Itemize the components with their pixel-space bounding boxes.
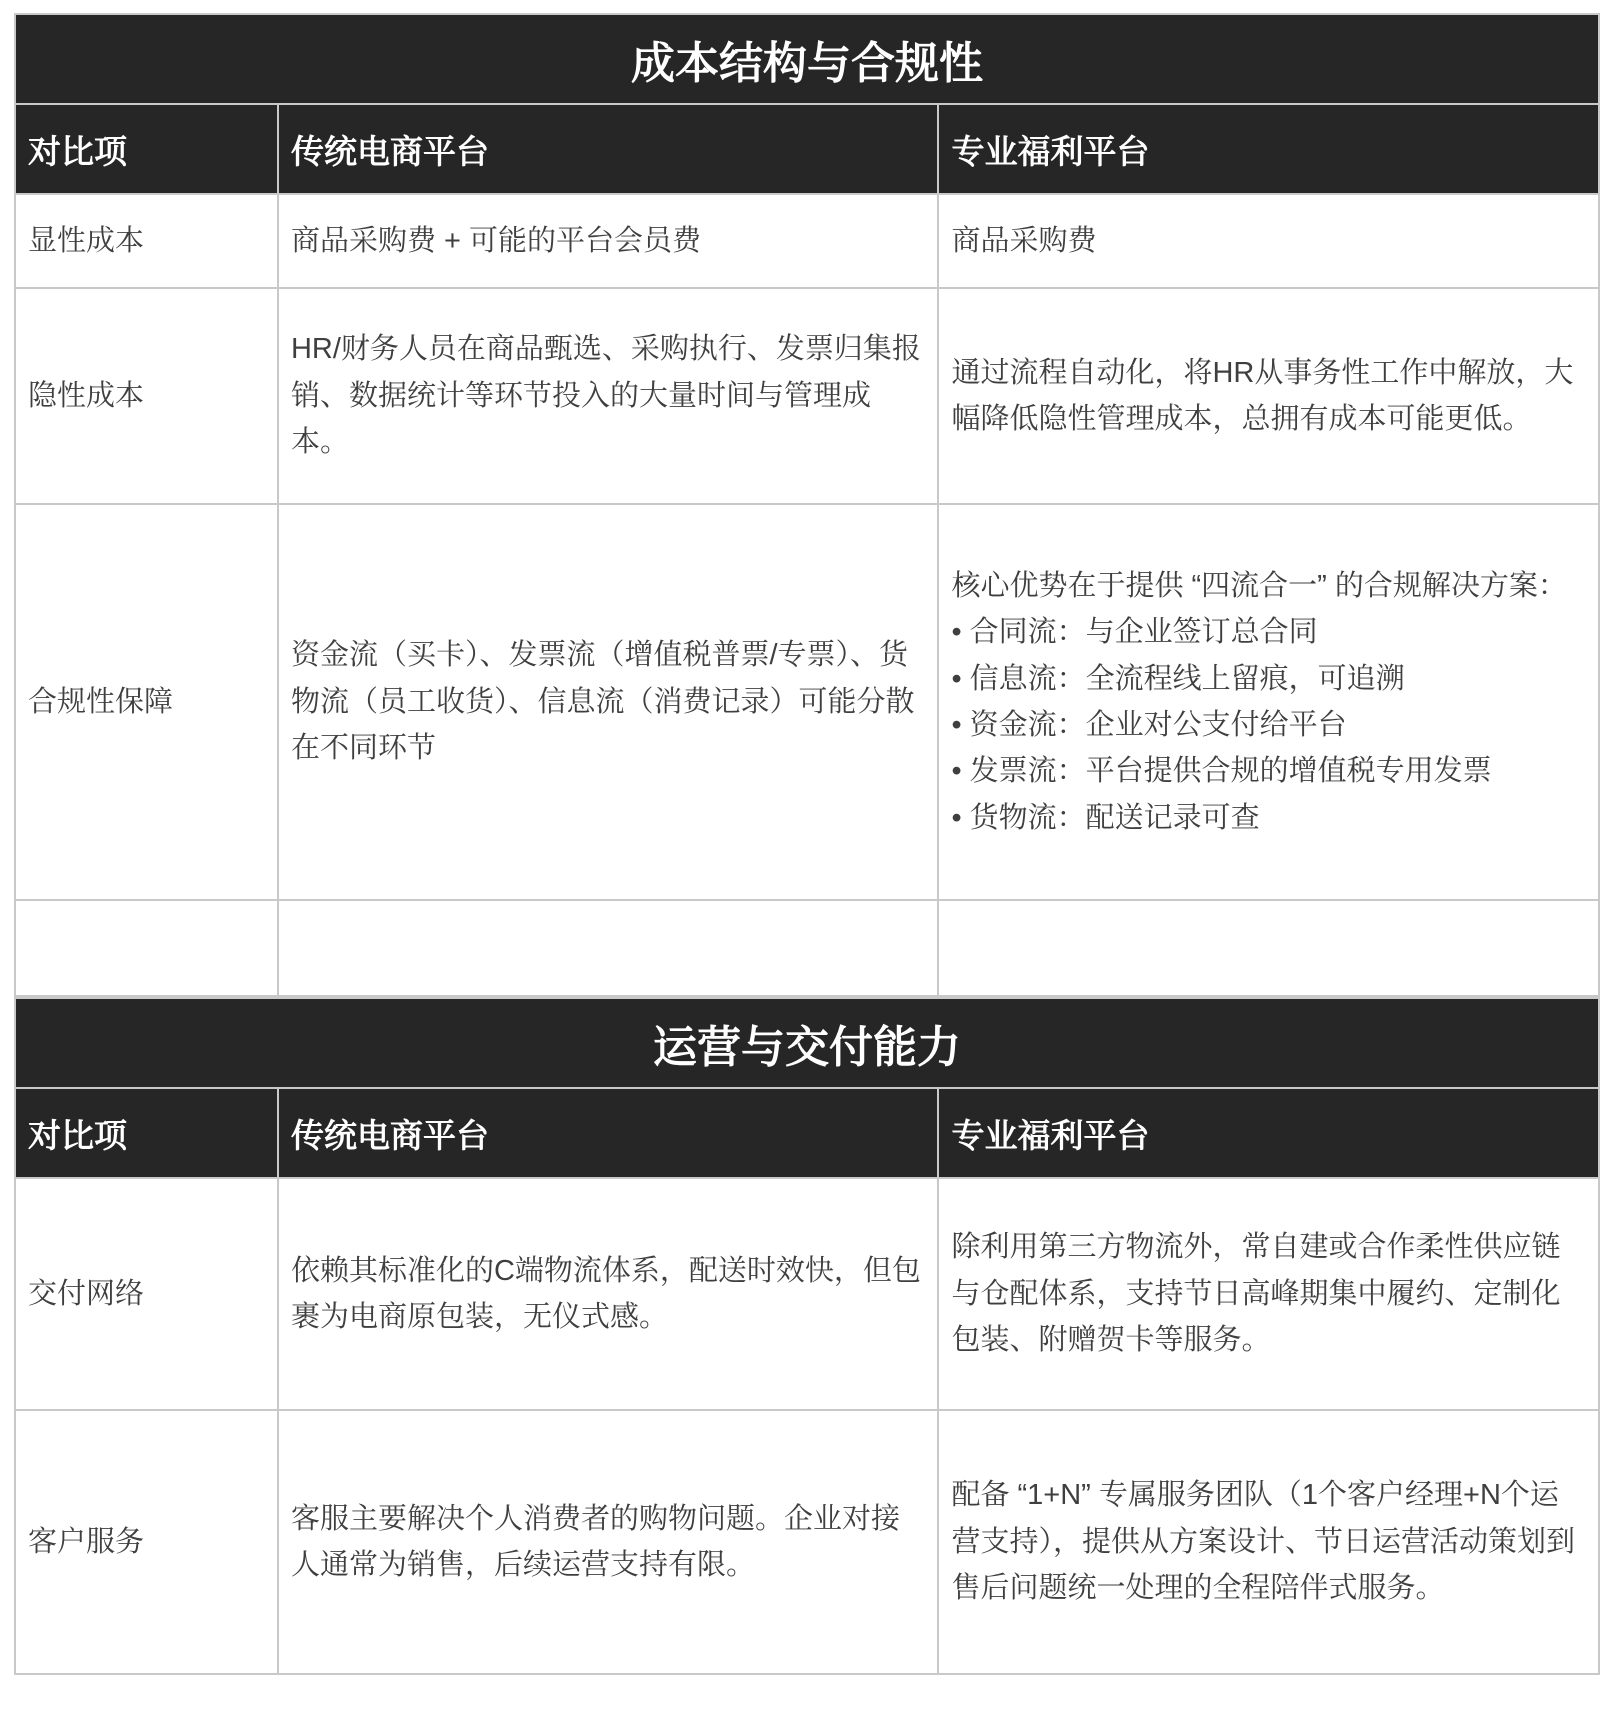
table-operations-delivery: 运营与交付能力 对比项 传统电商平台 专业福利平台 交付网络 依赖其标准化的C端… xyxy=(14,997,1600,1675)
traditional-cell xyxy=(278,900,939,996)
row-label: 隐性成本 xyxy=(15,288,278,504)
column-header-compare-item: 对比项 xyxy=(15,104,278,194)
professional-cell: 核心优势在于提供 “四流合一” 的合规解决方案： • 合同流：与企业签订总合同 … xyxy=(938,504,1599,900)
column-header-row: 对比项 传统电商平台 专业福利平台 xyxy=(15,104,1599,194)
column-header-welfare-platform: 专业福利平台 xyxy=(938,1088,1599,1178)
professional-cell: 配备 “1+N” 专属服务团队（1个客户经理+N个运营支持），提供从方案设计、节… xyxy=(938,1410,1599,1674)
table-title-row: 成本结构与合规性 xyxy=(15,14,1599,104)
traditional-cell: 商品采购费 + 可能的平台会员费 xyxy=(278,194,939,288)
table-row-compliance-guarantee: 合规性保障 资金流（买卡）、发票流（增值税普票/专票）、货物流（员工收货）、信息… xyxy=(15,504,1599,900)
row-label: 客户服务 xyxy=(15,1410,278,1674)
traditional-cell: 资金流（买卡）、发票流（增值税普票/专票）、货物流（员工收货）、信息流（消费记录… xyxy=(278,504,939,900)
bullet-capital-flow: • 资金流：企业对公支付给平台 xyxy=(951,702,1586,748)
table-row-explicit-cost: 显性成本 商品采购费 + 可能的平台会员费 商品采购费 xyxy=(15,194,1599,288)
traditional-cell: HR/财务人员在商品甄选、采购执行、发票归集报销、数据统计等环节投入的大量时间与… xyxy=(278,288,939,504)
traditional-cell: 依赖其标准化的C端物流体系，配送时效快，但包裹为电商原包装，无仪式感。 xyxy=(278,1178,939,1410)
table-title: 运营与交付能力 xyxy=(15,998,1599,1088)
professional-cell xyxy=(938,900,1599,996)
table-row-hidden-cost: 隐性成本 HR/财务人员在商品甄选、采购执行、发票归集报销、数据统计等环节投入的… xyxy=(15,288,1599,504)
row-label: 合规性保障 xyxy=(15,504,278,900)
traditional-cell: 客服主要解决个人消费者的购物问题。企业对接人通常为销售，后续运营支持有限。 xyxy=(278,1410,939,1674)
bullet-information-flow: • 信息流：全流程线上留痕，可追溯 xyxy=(951,656,1586,702)
table-title: 成本结构与合规性 xyxy=(15,14,1599,104)
table-cost-compliance: 成本结构与合规性 对比项 传统电商平台 专业福利平台 显性成本 商品采购费 + … xyxy=(14,13,1600,997)
bullet-invoice-flow: • 发票流：平台提供合规的增值税专用发票 xyxy=(951,748,1586,794)
column-header-traditional-platform: 传统电商平台 xyxy=(278,1088,939,1178)
column-header-welfare-platform: 专业福利平台 xyxy=(938,104,1599,194)
professional-cell: 商品采购费 xyxy=(938,194,1599,288)
column-header-row: 对比项 传统电商平台 专业福利平台 xyxy=(15,1088,1599,1178)
bullet-contract-flow: • 合同流：与企业签订总合同 xyxy=(951,609,1586,655)
professional-cell: 通过流程自动化，将HR从事务性工作中解放，大幅降低隐性管理成本，总拥有成本可能更… xyxy=(938,288,1599,504)
column-header-compare-item: 对比项 xyxy=(15,1088,278,1178)
row-label: 显性成本 xyxy=(15,194,278,288)
document-page: 成本结构与合规性 对比项 传统电商平台 专业福利平台 显性成本 商品采购费 + … xyxy=(0,0,1614,1692)
row-label: 交付网络 xyxy=(15,1178,278,1410)
table-row-empty xyxy=(15,900,1599,996)
column-header-traditional-platform: 传统电商平台 xyxy=(278,104,939,194)
table-row-delivery-network: 交付网络 依赖其标准化的C端物流体系，配送时效快，但包裹为电商原包装，无仪式感。… xyxy=(15,1178,1599,1410)
table-title-row: 运营与交付能力 xyxy=(15,998,1599,1088)
bullet-goods-flow: • 货物流：配送记录可查 xyxy=(951,795,1586,841)
compliance-intro: 核心优势在于提供 “四流合一” 的合规解决方案： xyxy=(951,563,1586,609)
professional-cell: 除利用第三方物流外，常自建或合作柔性供应链与仓配体系，支持节日高峰期集中履约、定… xyxy=(938,1178,1599,1410)
row-label xyxy=(15,900,278,996)
table-row-customer-service: 客户服务 客服主要解决个人消费者的购物问题。企业对接人通常为销售，后续运营支持有… xyxy=(15,1410,1599,1674)
